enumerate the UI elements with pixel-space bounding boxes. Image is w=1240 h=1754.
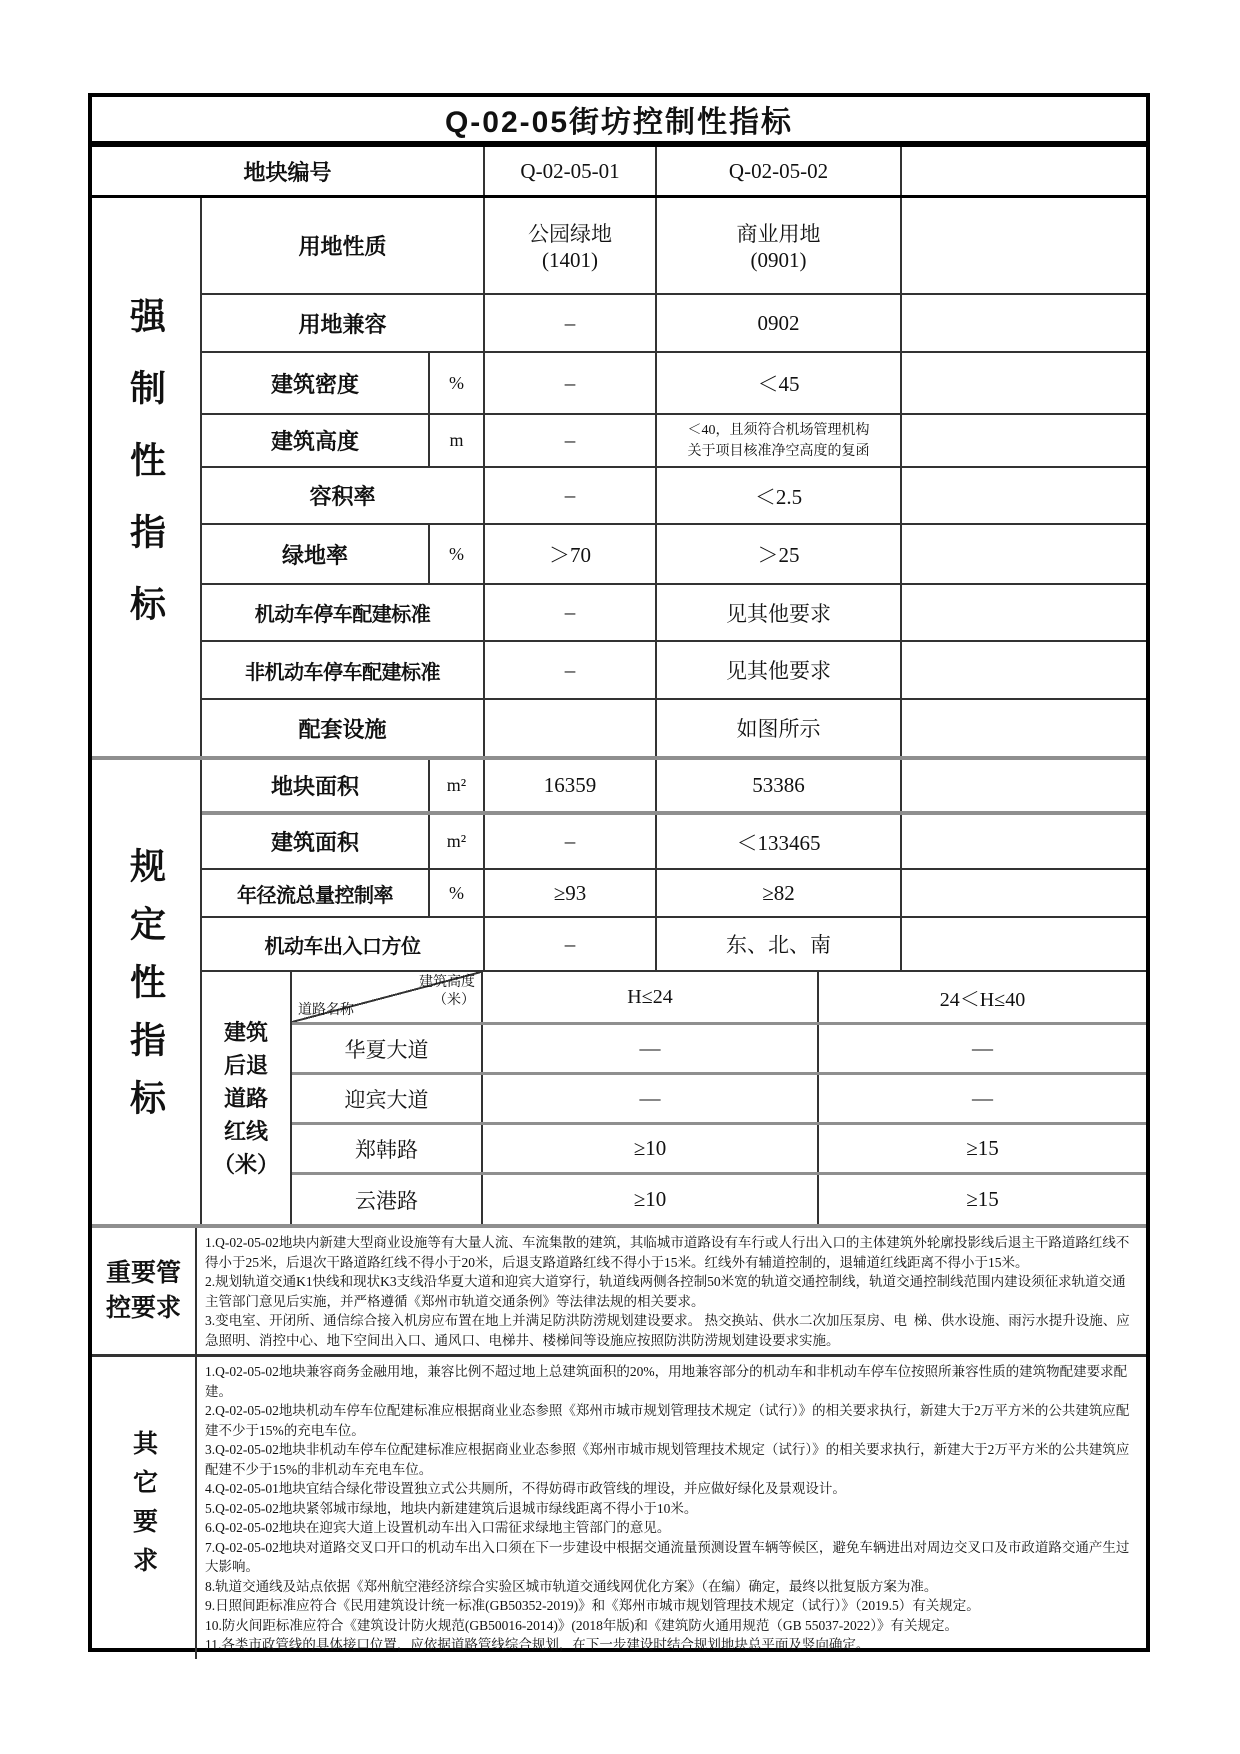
setback-value: ≥10 [483,1125,819,1172]
indicator-value: – [485,295,657,351]
indicator-value: 0902 [657,295,902,351]
section-label-cell: 重要管 控要求 [92,1228,197,1354]
setback-road-row: 华夏大道 — — [292,1025,1146,1075]
indicator-unit: m² [430,815,485,868]
indicator-value: – [485,815,657,868]
road-name: 云港路 [292,1175,483,1224]
indicator-label: 建筑高度 [202,415,430,466]
plot-id-3-empty [902,147,1146,195]
indicator-value-empty [902,468,1146,523]
requirement-item: 10.防火间距标准应符合《建筑设计防火规范(GB50016-2014)》(201… [205,1616,1136,1636]
indicator-value: ≥93 [485,870,657,916]
table-row: 建筑密度 % – ＜45 [202,353,1146,415]
section-label-important: 重要管 控要求 [106,1256,181,1326]
indicator-label: 地块面积 [202,760,430,811]
indicator-value-empty [902,918,1146,970]
section-body: 用地性质 公园绿地 (1401) 商业用地 (0901) 用地兼容 – 0902… [202,198,1146,756]
indicator-value: 如图所示 [657,700,902,756]
indicator-label: 非机动车停车配建标准 [202,642,485,698]
requirement-item: 7.Q-02-05-02地块对道路交叉口开口的机动车出入口须在下一步建设中根据交… [205,1538,1136,1577]
indicator-value: – [485,918,657,970]
indicator-value: ＞70 [485,525,657,583]
requirement-item: 8.轨道交通线及站点依据《郑州航空港经济综合实验区城市轨道交通线网优化方案》（在… [205,1577,1136,1597]
road-name: 迎宾大道 [292,1075,483,1122]
indicator-value: ≥82 [657,870,902,916]
setback-header-row: 建筑高度 （米） 道路名称 H≤24 24＜H≤40 [292,972,1146,1025]
section-label-cell: 规定性指标 [92,760,202,1224]
requirement-item: 3.变电室、开闭所、通信综合接入机房应布置在地上并满足防洪防涝规划建设要求。 热… [205,1311,1136,1350]
indicator-label: 绿地率 [202,525,430,583]
table-row: 年径流总量控制率 % ≥93 ≥82 [202,870,1146,918]
indicator-value-empty [902,642,1146,698]
indicator-label: 机动车出入口方位 [202,918,485,970]
indicator-value: 东、北、南 [657,918,902,970]
indicator-unit: m [430,415,485,466]
plot-number-label: 地块编号 [92,147,485,195]
table-row: 配套设施 如图所示 [202,700,1146,756]
section-label-cell: 其它要求 [92,1357,197,1659]
table-row: 地块面积 m² 16359 53386 [202,760,1146,815]
indicator-label: 容积率 [202,468,485,523]
height-col-high: 24＜H≤40 [819,972,1146,1022]
plot-id-1: Q-02-05-01 [485,147,657,195]
indicator-value: – [485,353,657,413]
control-indicator-table: Q-02-05街坊控制性指标 地块编号 Q-02-05-01 Q-02-05-0… [88,93,1150,1652]
indicator-value: 商业用地 (0901) [657,198,902,293]
section-important-requirements: 重要管 控要求 1.Q-02-05-02地块内新建大型商业设施等有大量人流、车流… [92,1228,1146,1357]
document-page: Q-02-05街坊控制性指标 地块编号 Q-02-05-01 Q-02-05-0… [0,0,1240,1754]
setback-value: ≥15 [819,1125,1146,1172]
table-row: 建筑高度 m – ＜40，且须符合机场管理机构 关于项目核准净空高度的复函 [202,415,1146,468]
indicator-value: 公园绿地 (1401) [485,198,657,293]
section-mandatory-indicators: 强制性指标 用地性质 公园绿地 (1401) 商业用地 (0901) 用地兼容 … [92,198,1146,760]
indicator-value: ＜40，且须符合机场管理机构 关于项目核准净空高度的复函 [657,415,902,466]
setback-subtable: 建筑 后退 道路 红线 （米） 建筑高度 （米） 道路名称 H≤24 24＜H≤… [202,972,1146,1224]
indicator-unit: % [430,353,485,413]
important-requirements-text: 1.Q-02-05-02地块内新建大型商业设施等有大量人流、车流集散的建筑，其临… [197,1228,1146,1354]
setback-value: — [483,1025,819,1072]
table-row: 绿地率 % ＞70 ＞25 [202,525,1146,585]
section-regulatory-indicators: 规定性指标 地块面积 m² 16359 53386 建筑面积 m² – ＜133… [92,760,1146,1228]
indicator-value: 16359 [485,760,657,811]
setback-value: ≥10 [483,1175,819,1224]
requirement-item: 5.Q-02-05-02地块紧邻城市绿地，地块内新建建筑后退城市绿线距离不得小于… [205,1499,1136,1519]
table-row: 非机动车停车配建标准 – 见其他要求 [202,642,1146,700]
road-name: 华夏大道 [292,1025,483,1072]
indicator-label: 建筑密度 [202,353,430,413]
setback-value: — [819,1075,1146,1122]
indicator-value-empty [902,295,1146,351]
table-row: 建筑面积 m² – ＜133465 [202,815,1146,870]
table-row: 用地兼容 – 0902 [202,295,1146,353]
setback-road-row: 郑韩路 ≥10 ≥15 [292,1125,1146,1175]
indicator-value-empty [902,353,1146,413]
indicator-label: 机动车停车配建标准 [202,585,485,640]
indicator-label: 建筑面积 [202,815,430,868]
section-other-requirements: 其它要求 1.Q-02-05-02地块兼容商务金融用地，兼容比例不超过地上总建筑… [92,1357,1146,1659]
table-title-row: Q-02-05街坊控制性指标 [92,97,1146,147]
setback-label: 建筑 后退 道路 红线 （米） [202,972,292,1224]
indicator-value: 见其他要求 [657,585,902,640]
indicator-unit: % [430,870,485,916]
section-label-regulatory: 规定性指标 [121,847,172,1137]
indicator-value [485,700,657,756]
indicator-label: 年径流总量控制率 [202,870,430,916]
indicator-value: – [485,468,657,523]
indicator-value-empty [902,198,1146,293]
section-label-other: 其它要求 [126,1430,162,1586]
requirement-item: 1.Q-02-05-02地块兼容商务金融用地，兼容比例不超过地上总建筑面积的20… [205,1362,1136,1401]
indicator-value: 53386 [657,760,902,811]
setback-road-row: 云港路 ≥10 ≥15 [292,1175,1146,1224]
section-label-cell: 强制性指标 [92,198,202,756]
table-row: 机动车停车配建标准 – 见其他要求 [202,585,1146,642]
section-label-mandatory: 强制性指标 [121,297,172,657]
requirement-item: 1.Q-02-05-02地块内新建大型商业设施等有大量人流、车流集散的建筑，其临… [205,1233,1136,1272]
plot-id-2: Q-02-05-02 [657,147,902,195]
setback-road-row: 迎宾大道 — — [292,1075,1146,1125]
height-col-low: H≤24 [483,972,819,1022]
setback-body: 建筑高度 （米） 道路名称 H≤24 24＜H≤40 华夏大道 — — [292,972,1146,1224]
setback-value: ≥15 [819,1175,1146,1224]
diagonal-header-cell: 建筑高度 （米） 道路名称 [292,972,483,1022]
diagonal-header-bottom: 道路名称 [298,999,354,1019]
indicator-value-empty [902,415,1146,466]
requirement-item: 3.Q-02-05-02地块非机动车停车位配建标准应根据商业业态参照《郑州市城市… [205,1440,1136,1479]
setback-value: — [819,1025,1146,1072]
table-row: 用地性质 公园绿地 (1401) 商业用地 (0901) [202,198,1146,295]
indicator-value-empty [902,870,1146,916]
road-name: 郑韩路 [292,1125,483,1172]
indicator-value: – [485,585,657,640]
indicator-value: ＞25 [657,525,902,583]
requirement-item: 6.Q-02-05-02地块在迎宾大道上设置机动车出入口需征求绿地主管部门的意见… [205,1518,1136,1538]
plot-number-row: 地块编号 Q-02-05-01 Q-02-05-02 [92,147,1146,198]
table-row: 机动车出入口方位 – 东、北、南 [202,918,1146,972]
indicator-value-empty [902,525,1146,583]
requirement-item: 11.各类市政管线的具体接口位置，应依据道路管线综合规划，在下一步建设时结合规划… [205,1635,1136,1655]
requirement-item: 9.日照间距标准应符合《民用建筑设计统一标准(GB50352-2019)》和《郑… [205,1596,1136,1616]
indicator-value: ＜45 [657,353,902,413]
indicator-label: 配套设施 [202,700,485,756]
indicator-value: ＜133465 [657,815,902,868]
indicator-value: – [485,415,657,466]
table-row: 容积率 – ＜2.5 [202,468,1146,525]
indicator-value: ＜2.5 [657,468,902,523]
requirement-item: 2.规划轨道交通K1快线和现状K3支线沿华夏大道和迎宾大道穿行，轨道线两侧各控制… [205,1272,1136,1311]
requirement-item: 2.Q-02-05-02地块机动车停车位配建标准应根据商业业态参照《郑州市城市规… [205,1401,1136,1440]
requirement-item: 4.Q-02-05-01地块宜结合绿化带设置独立式公共厕所，不得妨碍市政管线的埋… [205,1479,1136,1499]
other-requirements-text: 1.Q-02-05-02地块兼容商务金融用地，兼容比例不超过地上总建筑面积的20… [197,1357,1146,1659]
indicator-value: – [485,642,657,698]
page-title: Q-02-05街坊控制性指标 [445,97,793,141]
section-body: 地块面积 m² 16359 53386 建筑面积 m² – ＜133465 年径… [202,760,1146,1224]
diagonal-header-top: 建筑高度 （米） [419,974,475,1010]
indicator-value: 见其他要求 [657,642,902,698]
indicator-unit: % [430,525,485,583]
indicator-label: 用地兼容 [202,295,485,351]
indicator-label: 用地性质 [202,198,485,293]
indicator-value-empty [902,700,1146,756]
indicator-value-empty [902,760,1146,811]
indicator-unit: m² [430,760,485,811]
indicator-value-empty [902,815,1146,868]
setback-value: — [483,1075,819,1122]
indicator-value-empty [902,585,1146,640]
